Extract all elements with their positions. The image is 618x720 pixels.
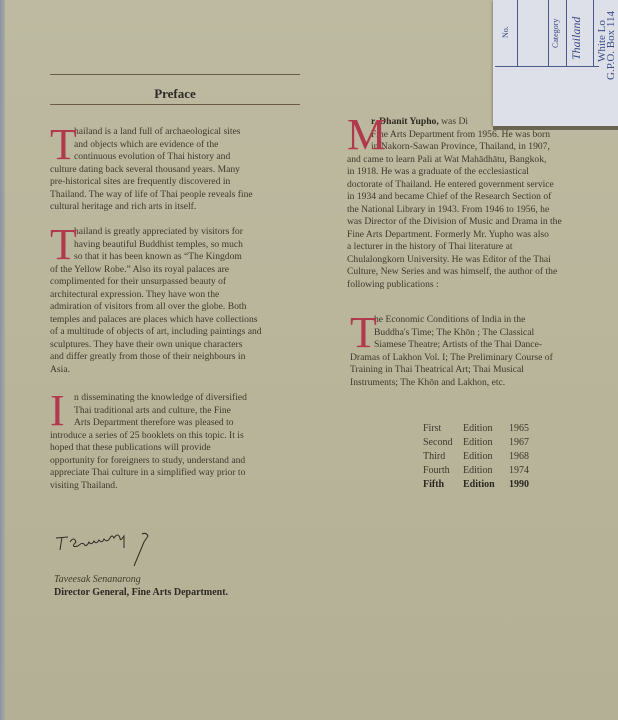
title-rule-bottom (50, 104, 300, 105)
text-line: Fine Arts Department. Formerly Mr. Yupho… (347, 229, 562, 242)
text-line: following publications : (347, 279, 562, 292)
signature-image (54, 528, 164, 568)
edition-year: 1990 (509, 478, 529, 492)
signer-name: Taveesak Senanarong (54, 574, 141, 585)
text-line: so that it has been known as “The Kingdo… (50, 251, 262, 264)
text-line: appreciate Thai culture in a simplified … (50, 467, 247, 480)
text-line: hailand is greatly appreciated by visito… (50, 226, 262, 239)
text-line: Arts Department therefore was pleased to (50, 417, 247, 430)
text-line: temples and palaces are places which hav… (50, 314, 262, 327)
edition-label: Edition (463, 478, 509, 492)
edition-ordinal: Third (423, 450, 463, 464)
edition-row: FourthEdition1974 (423, 464, 529, 478)
edition-year: 1967 (509, 436, 529, 450)
text-line: Thailand. The way of life of Thai people… (50, 189, 253, 202)
text-line: and objects which are evidence of the (50, 139, 253, 152)
drop-cap: I (50, 392, 65, 430)
label-category: Category (551, 19, 560, 48)
signer-title: Director General, Fine Arts Department. (54, 587, 228, 598)
text-line: architectural expression. They have won … (50, 289, 262, 302)
edition-row: ThirdEdition1968 (423, 450, 529, 464)
text-line: admiration of visitors from all over the… (50, 301, 262, 314)
text-line: of the Yellow Robe.” Also its royal pala… (50, 264, 262, 277)
text-line: sculptures. They have their own unique c… (50, 339, 262, 352)
library-label-sticker: No. Category Thailand White Lo G.P.O. Bo… (493, 0, 618, 126)
edition-row: SecondEdition1967 (423, 436, 529, 450)
text-line: Chulalongkorn University. He was Editor … (347, 254, 562, 267)
label-category-value: Thailand (569, 17, 584, 60)
text-line: Thai traditional arts and culture, the F… (50, 405, 247, 418)
text-line: he Economic Conditions of India in the (350, 314, 553, 327)
edition-label: Edition (463, 464, 509, 478)
text-line: cultural heritage and rich arts in itsel… (50, 201, 253, 214)
edition-year: 1974 (509, 464, 529, 478)
label-line-2: G.P.O. Box 114 (605, 11, 617, 80)
drop-cap: M (347, 116, 386, 154)
text-line: doctorate of Thailand. He entered govern… (347, 179, 562, 192)
title-rule-top (50, 74, 300, 75)
preface-paragraph-3: In disseminating the knowledge of divers… (50, 392, 247, 492)
edition-ordinal: First (423, 422, 463, 436)
edition-row: FifthEdition1990 (423, 478, 529, 492)
edition-label: Edition (463, 436, 509, 450)
text-line: and differ greatly from those of their n… (50, 351, 262, 364)
text-line: continuous evolution of Thai history and (50, 151, 253, 164)
text-line: opportunity for foreigners to study, und… (50, 455, 247, 468)
edition-ordinal: Fourth (423, 464, 463, 478)
text-line: Culture, New Series and was himself, the… (347, 266, 562, 279)
text-line: Asia. (50, 364, 262, 377)
text-line: was Director of the Division of Music an… (347, 216, 562, 229)
text-line: visiting Thailand. (50, 480, 247, 493)
author-bio: Mr. Dhanit Yupho, was DiFine Arts Depart… (347, 116, 562, 291)
text-line: of a multitude of objects of art, includ… (50, 326, 262, 339)
editions-list: FirstEdition1965SecondEdition1967ThirdEd… (423, 422, 529, 492)
text-line: Buddha's Time; The Khōn ; The Classical (350, 327, 553, 340)
text-line: Siamese Theatre; Artists of the Thai Dan… (350, 339, 553, 352)
page-title: Preface (50, 86, 300, 102)
edition-year: 1968 (509, 450, 529, 464)
edition-ordinal: Second (423, 436, 463, 450)
text-line: in 1918. He was a graduate of the eccles… (347, 166, 562, 179)
edition-label: Edition (463, 422, 509, 436)
text-line: having beautiful Buddhist temples, so mu… (50, 239, 262, 252)
text-line: complimented for their unsurpassed beaut… (50, 276, 262, 289)
text-line: Dramas of Lakhon Vol. I; The Preliminary… (350, 352, 553, 365)
drop-cap: T (50, 226, 77, 264)
text-line: Instruments; The Khōn and Lakhon, etc. (350, 377, 553, 390)
text-line: Training in Thai Theatrical Art; Thai Mu… (350, 364, 553, 377)
preface-paragraph-1: Thailand is a land full of archaeologica… (50, 126, 253, 214)
text-line: culture dating back several thousand yea… (50, 164, 253, 177)
text-line: hoped that these publications will provi… (50, 442, 247, 455)
text-line: in 1934 and became Chief of the Research… (347, 191, 562, 204)
sticker-shadow-strip (493, 126, 618, 130)
edition-row: FirstEdition1965 (423, 422, 529, 436)
preface-paragraph-2: Thailand is greatly appreciated by visit… (50, 226, 262, 376)
text-line: the National Library in 1943. From 1946 … (347, 204, 562, 217)
label-no: No. (501, 26, 510, 38)
text-line: hailand is a land full of archaeological… (50, 126, 253, 139)
edition-label: Edition (463, 450, 509, 464)
drop-cap: T (50, 126, 77, 164)
drop-cap: T (350, 314, 377, 352)
publications-list: The Economic Conditions of India in theB… (350, 314, 553, 389)
text-line: introduce a series of 25 booklets on thi… (50, 430, 247, 443)
edition-year: 1965 (509, 422, 529, 436)
edition-ordinal: Fifth (423, 478, 463, 492)
text-line: a lecturer in the history of Thai litera… (347, 241, 562, 254)
text-line: pre-historical sites are frequently disc… (50, 176, 253, 189)
text-line: n disseminating the knowledge of diversi… (50, 392, 247, 405)
